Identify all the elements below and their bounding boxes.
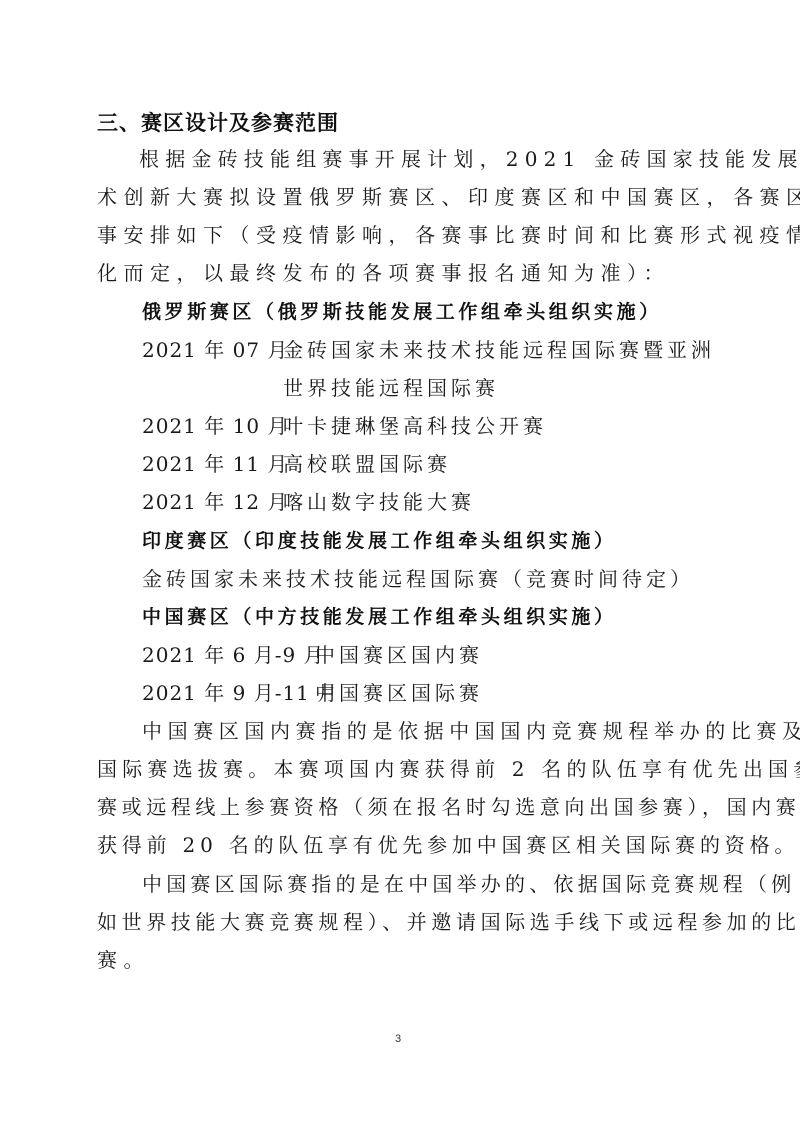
india-region-title: 印度赛区（印度技能发展工作组牵头组织实施） [142,529,617,553]
russia-event-3-name: 高校联盟国际赛 [283,452,451,476]
intro-line-3: 事安排如下（受疫情影响，各赛事比赛时间和比赛形式视疫情变 [97,223,800,247]
international-para-line-2: 如世界技能大赛竞赛规程）、并邀请国际选手线下或远程参加的比 [97,910,800,934]
russia-region-title: 俄罗斯赛区（俄罗斯技能发展工作组牵头组织实施） [142,300,662,324]
domestic-para-line-1: 中国赛区国内赛指的是依据中国国内竞赛规程举办的比赛及 [142,719,800,743]
russia-event-1-name-cont: 世界技能远程国际赛 [283,376,499,400]
russia-event-4-date: 2021 年 12 月 [142,490,288,514]
russia-event-1-name: 金砖国家未来技术技能远程国际赛暨亚洲 [283,338,715,362]
india-event: 金砖国家未来技术技能远程国际赛（竞赛时间待定） [142,567,694,591]
russia-event-4-name: 喀山数字技能大赛 [283,490,475,514]
intro-line-4: 化而定，以最终发布的各项赛事报名通知为准）： [97,261,670,285]
china-region-title: 中国赛区（中方技能发展工作组牵头组织实施） [142,605,617,629]
document-page: 三、赛区设计及参赛范围 根据金砖技能组赛事开展计划，2021 金砖国家技能发展与… [0,0,800,1131]
section-heading: 三、赛区设计及参赛范围 [97,111,339,135]
intro-line-2: 术创新大赛拟设置俄罗斯赛区、印度赛区和中国赛区，各赛区赛 [97,185,800,209]
domestic-para-line-4: 获得前 20 名的队伍享有优先参加中国赛区相关国际赛的资格。 [97,833,799,857]
china-event-1-name: 中国赛区国内赛 [315,643,483,667]
international-para-line-1: 中国赛区国际赛指的是在中国举办的、依据国际竞赛规程（例 [142,872,795,896]
russia-event-1-date: 2021 年 07 月 [142,338,288,362]
china-event-2-date: 2021 年 9 月-11 月 [142,681,338,705]
page-number: 3 [395,1033,401,1045]
china-event-2-name: 中国赛区国际赛 [315,681,483,705]
russia-event-2-name: 叶卡捷琳堡高科技公开赛 [283,414,547,438]
china-event-1-date: 2021 年 6 月-9 月 [142,643,325,667]
international-para-line-3: 赛。 [97,948,150,972]
russia-event-3-date: 2021 年 11 月 [142,452,288,476]
domestic-para-line-3: 赛或远程线上参赛资格（须在报名时勾选意向出国参赛），国内赛 [97,795,800,819]
intro-line-1: 根据金砖技能组赛事开展计划，2021 金砖国家技能发展与技 [139,147,800,171]
domestic-para-line-2: 国际赛选拔赛。本赛项国内赛获得前 2 名的队伍享有优先出国参 [97,757,800,781]
russia-event-2-date: 2021 年 10 月 [142,414,288,438]
